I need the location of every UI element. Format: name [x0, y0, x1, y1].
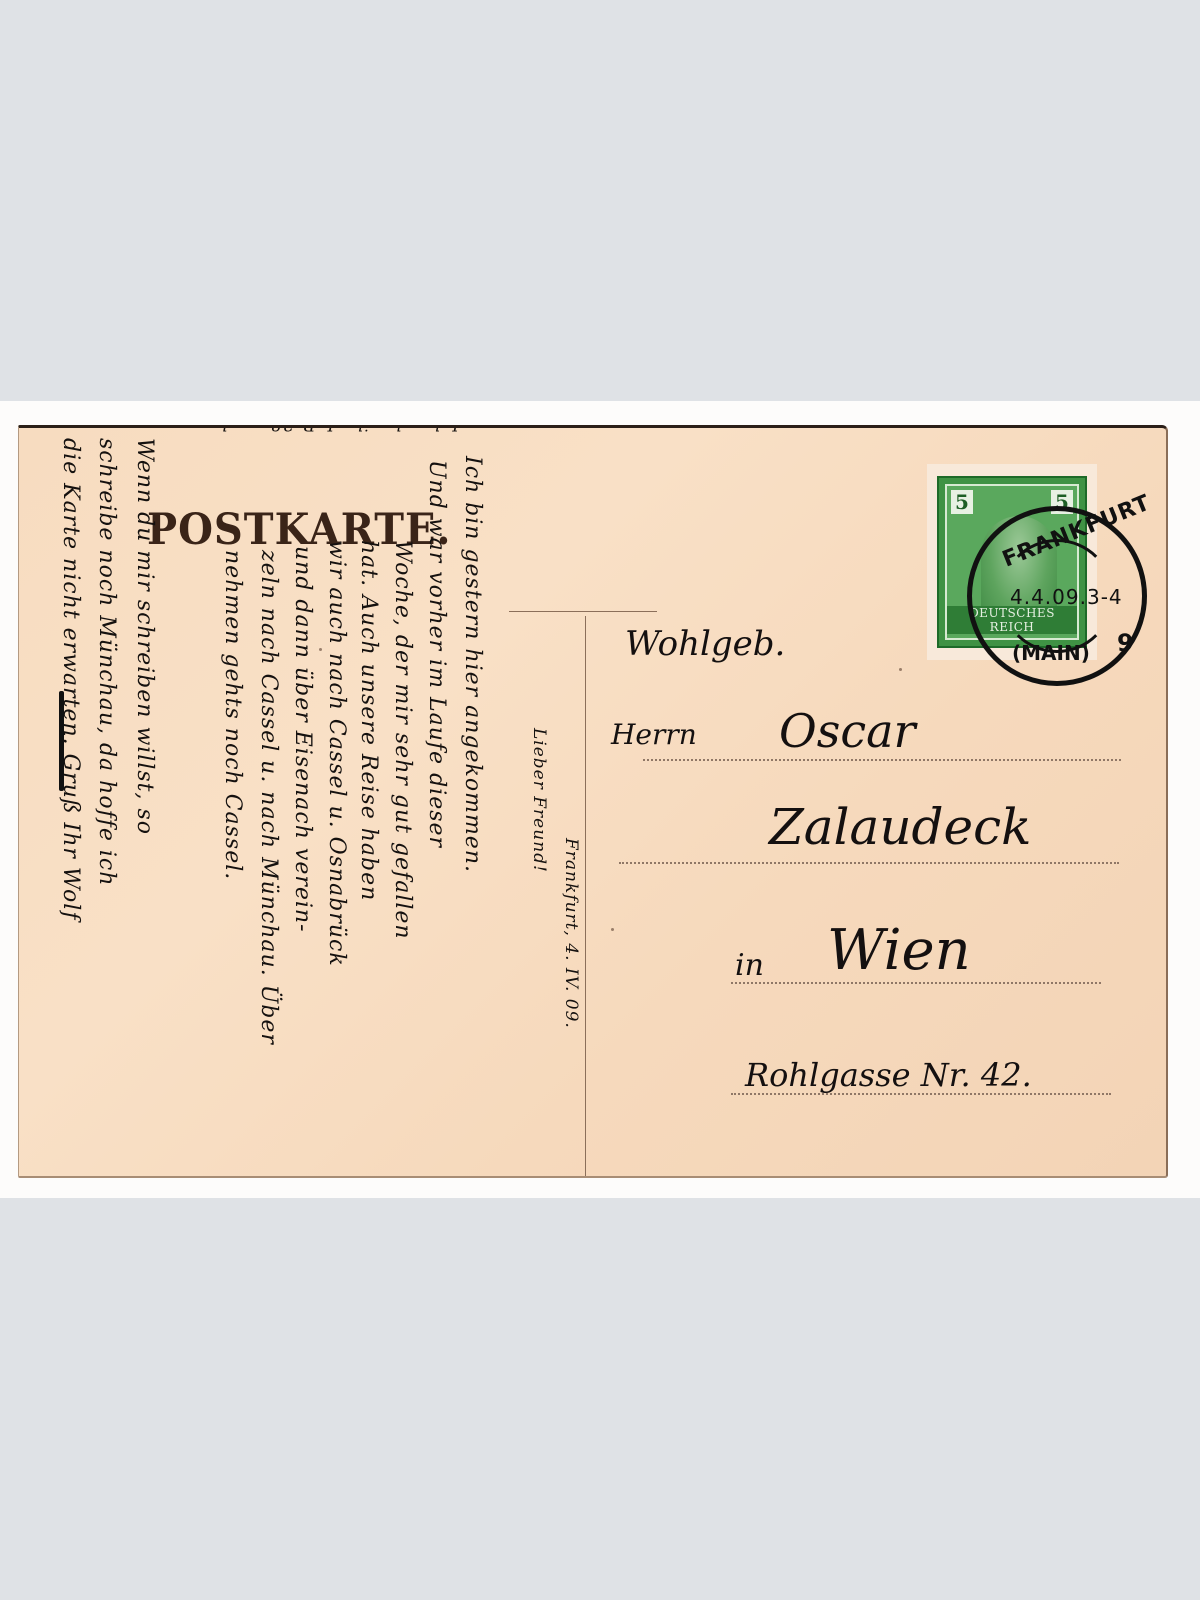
address-city: Wien: [827, 918, 971, 983]
address-salutation: Wohlgeb.: [625, 624, 785, 664]
message-line: Woche, der mir sehr gut gefallen: [390, 540, 415, 940]
postmark: FRANKFURT 4.4.09.3-4 (MAIN) 9: [967, 506, 1147, 686]
message-line: zeln nach Cassel u. nach Münchau. Über: [256, 550, 281, 1045]
address-street: Rohlgasse Nr. 42.: [745, 1056, 1032, 1094]
stamp-value-left: 5: [951, 490, 973, 514]
message-line: Wenn du mir schreiben willst, so: [132, 438, 157, 835]
address-line: [643, 759, 1121, 761]
address-line: [619, 862, 1119, 864]
address-last-name: Zalaudeck: [769, 798, 1031, 856]
divider-horizontal: [509, 611, 657, 612]
margin-note: Ich schreibe L.P. 28. und: [222, 425, 459, 434]
address-first-name: Oscar: [779, 704, 916, 758]
message-line: nehmen gehts noch Cassel.: [220, 550, 245, 880]
message-line: Und war vorher im Laufe dieser: [424, 460, 449, 848]
paper-speck: [319, 648, 322, 651]
postcard: POSTKARTE. Ich schreibe L.P. 28. und Ich…: [18, 425, 1168, 1178]
message-line: und dann über Eisenach verein-: [290, 546, 315, 933]
message-line: Ich bin gestern hier angekommen.: [460, 456, 485, 873]
message-line: wir auch nach Cassel u. Osnabrück: [324, 540, 349, 967]
address-city-prefix: in: [735, 948, 764, 983]
dateline: Frankfurt, 4. IV. 09.: [561, 838, 581, 1029]
underline-stroke: [59, 691, 64, 791]
postmark-region: (MAIN): [1012, 641, 1090, 665]
message-line: schreibe noch Münchau, da hoffe ich: [94, 438, 119, 886]
divider-vertical: [585, 616, 586, 1176]
postmark-date: 4.4.09.3-4: [1010, 585, 1123, 609]
paper-speck: [899, 668, 902, 671]
message-line: die Karte nicht erwarten. Gruß Ihr Wolf: [58, 438, 83, 920]
message-line: hat. Auch unsere Reise haben: [356, 540, 381, 901]
paper-speck: [611, 928, 614, 931]
greeting: Lieber Freund!: [529, 728, 549, 873]
address-title: Herrn: [611, 718, 697, 751]
postmark-office-number: 9: [1117, 629, 1134, 657]
